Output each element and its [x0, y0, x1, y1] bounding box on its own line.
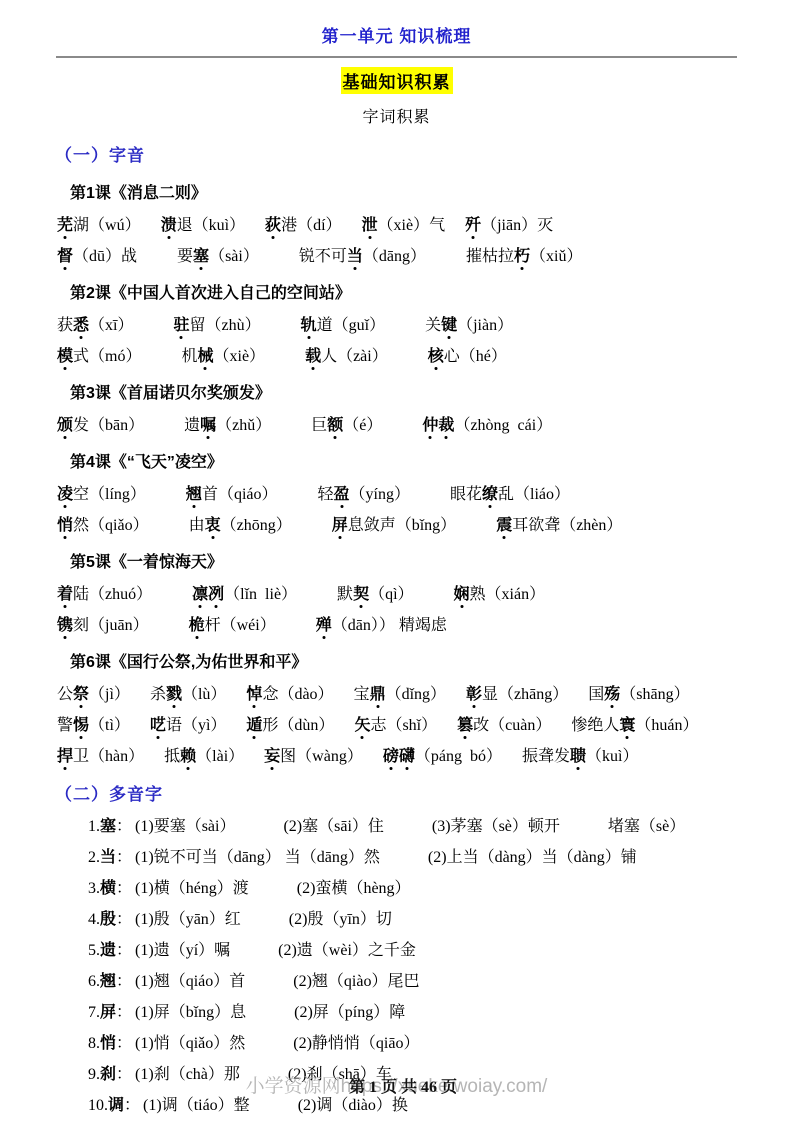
- vocab-term: 歼（jiān）灭: [465, 218, 553, 234]
- vocab-term: 振聋发聩（kuì）: [522, 749, 638, 765]
- emphasized-char: 歼: [465, 218, 481, 234]
- text-run: 志（shǐ）: [370, 717, 437, 734]
- text-run: 然（qiǎo）: [73, 517, 149, 534]
- vocab-term: 殚（dān）） 精竭虑: [316, 618, 447, 634]
- item-number: 4.: [88, 911, 100, 928]
- text-run: 获: [57, 317, 73, 334]
- item-number: 3.: [88, 880, 100, 897]
- text-run: 惨绝人: [571, 717, 619, 734]
- text-run: 机: [181, 348, 197, 365]
- lessons: 第1课《消息二则》芜湖（wú）溃退（kuì）荻港（dí）泄（xiè）气歼（jiā…: [0, 180, 793, 765]
- polyphone-label: 8.悄：: [88, 1036, 132, 1052]
- text-run: 湖（wú）: [73, 217, 141, 234]
- text-run: （sài）: [209, 248, 259, 265]
- text-run: 熟（xián）: [470, 586, 546, 603]
- text-run: 人（zài）: [321, 348, 388, 365]
- vocab-term: 溃退（kuì）: [161, 218, 245, 234]
- text-run: 眼花: [450, 486, 482, 503]
- text-run: 默: [337, 586, 353, 603]
- text-run: （xiè）: [214, 348, 266, 365]
- emphasized-char: 殚: [316, 618, 332, 634]
- text-run: 道（guǐ）: [317, 317, 385, 334]
- lesson-title: 第3课《首届诺贝尔奖颁发》: [70, 380, 793, 403]
- vocab-line: 公祭（jì）杀戮（lù）悼念（dào）宝鼎（dǐng）彰显（zhāng）国殇（s…: [57, 687, 793, 703]
- emphasized-char: 彰: [466, 687, 482, 703]
- text-run: （páng bó）: [415, 748, 502, 765]
- vocab-term: 驻留（zhù）: [173, 318, 260, 334]
- text-run: 要: [177, 248, 193, 265]
- vocab-line: 警惕（tì）呓语（yì）遁形（dùn）矢志（shǐ）篡改（cuàn）惨绝人寰（h…: [57, 718, 793, 734]
- emphasized-char: 惕: [73, 718, 89, 734]
- text-run: （shāng）: [620, 686, 689, 703]
- polyphone-label: 6.翘：: [88, 974, 132, 990]
- polyphone-character: 屏: [100, 1004, 116, 1021]
- emphasized-char: 颁: [57, 418, 73, 434]
- text-run: （é）: [343, 417, 382, 434]
- vocab-line: 镌刻（juān）桅杆（wéi）殚（dān）） 精竭虑: [57, 618, 793, 634]
- colon: ：: [116, 1035, 132, 1052]
- emphasized-char: 祭: [73, 687, 89, 703]
- vocab-term: 巨额（é）: [311, 418, 382, 434]
- vocab-term: 关键（jiàn）: [425, 318, 513, 334]
- emphasized-char: 篡: [457, 718, 473, 734]
- vocab-term: 眼花缭乱（liáo）: [450, 487, 570, 503]
- polyphone-part: (2)静悄悄（qiāo）: [293, 1036, 419, 1052]
- vocab-term: 镌刻（juān）: [57, 618, 149, 634]
- polyphone-part: (1)横（héng）渡: [135, 881, 249, 897]
- text-run: 念（dào）: [262, 686, 333, 703]
- text-run: 空（líng）: [73, 486, 146, 503]
- text-run: （zhōng）: [221, 517, 292, 534]
- polyphone-part: (2)屏（píng）障: [294, 1005, 405, 1021]
- polyphone-part: (2)塞（sāi）住: [283, 819, 383, 835]
- text-run: （dāng）: [363, 248, 426, 265]
- vocab-term: 轨道（guǐ）: [301, 318, 385, 334]
- text-run: （yíng）: [350, 486, 410, 503]
- text-run: 形（dùn）: [262, 717, 334, 734]
- text-run: 摧枯拉: [466, 248, 514, 265]
- vocab-term: 颁发（bān）: [57, 418, 144, 434]
- polyphone-part: (1)调（tiáo）整: [143, 1098, 250, 1114]
- page-number: 第 1 页 共 46 页: [349, 1074, 457, 1097]
- colon: ：: [116, 911, 132, 928]
- polyphone-part: (2)蛮横（hèng）: [297, 881, 411, 897]
- vocab-term: 悄然（qiǎo）: [57, 518, 149, 534]
- item-number: 1.: [88, 818, 100, 835]
- vocab-term: 娴熟（xián）: [454, 587, 546, 603]
- text-run: （huán）: [635, 717, 698, 734]
- emphasized-char: 芜: [57, 218, 73, 234]
- emphasized-char: 嘱: [200, 418, 216, 434]
- emphasized-char: 娴: [454, 587, 470, 603]
- emphasized-char: 磅: [383, 749, 399, 765]
- polyphone-character: 横: [100, 880, 116, 897]
- vocab-term: 摧枯拉朽（xiǔ）: [466, 249, 582, 265]
- item-number: 6.: [88, 973, 100, 990]
- text-run: （dǐng）: [386, 686, 446, 703]
- vocab-term: 机械（xiè）: [181, 349, 265, 365]
- text-run: 宝: [354, 686, 370, 703]
- polyphone-item: 5.遗：(1)遗（yí）嘱(2)遗（wèi）之千金: [88, 943, 793, 959]
- vocab-term: 默契（qì）: [337, 587, 413, 603]
- polyphone-part: (2)翘（qiào）尾巴: [293, 974, 419, 990]
- polyphone-label: 2.当：: [88, 850, 132, 866]
- vocab-term: 要塞（sài）: [177, 249, 259, 265]
- vocab-term: 由衷（zhōng）: [189, 518, 292, 534]
- emphasized-char: 缭: [482, 487, 498, 503]
- polyphone-item: 3.横：(1)横（héng）渡(2)蛮横（hèng）: [88, 881, 793, 897]
- text-run: 留（zhù）: [190, 317, 261, 334]
- vocab-term: 锐不可当（dāng）: [299, 249, 426, 265]
- text-run: 由: [189, 517, 205, 534]
- polyphone-item: 7.屏：(1)屏（bǐng）息(2)屏（píng）障: [88, 1005, 793, 1021]
- polyphone-label: 5.遗：: [88, 943, 132, 959]
- vocab-term: 妄图（wàng）: [264, 749, 363, 765]
- emphasized-char: 呓: [150, 718, 166, 734]
- emphasized-char: 驻: [173, 318, 189, 334]
- emphasized-char: 翘: [186, 487, 202, 503]
- vocab-term: 着陆（zhuó）: [57, 587, 152, 603]
- text-run: （xī）: [89, 317, 133, 334]
- polyphone-item: 4.殷：(1)殷（yān）红(2)殷（yīn）切: [88, 912, 793, 928]
- header-divider: [56, 56, 737, 58]
- vocab-term: 惨绝人寰（huán）: [571, 718, 698, 734]
- text-run: 关: [425, 317, 441, 334]
- vocab-term: 抵赖（lài）: [164, 749, 244, 765]
- vocab-term: 悼念（dào）: [246, 687, 333, 703]
- page-title: 第一单元 知识梳理: [0, 0, 793, 47]
- vocab-term: 屏息敛声（bǐng）: [332, 518, 456, 534]
- item-number: 7.: [88, 1004, 100, 1021]
- emphasized-char: 镌: [57, 618, 73, 634]
- emphasized-char: 悼: [246, 687, 262, 703]
- text-run: （lǐn liè）: [224, 586, 297, 603]
- emphasized-char: 赖: [180, 749, 196, 765]
- polyphone-part: (1)遗（yí）嘱: [135, 943, 230, 959]
- polyphone-part: (1)要塞（sài）: [135, 819, 235, 835]
- text-run: 港（dí）: [281, 217, 341, 234]
- item-number: 10.: [88, 1097, 108, 1114]
- emphasized-char: 戮: [166, 687, 182, 703]
- polyphone-character: 当: [100, 849, 116, 866]
- colon: ：: [124, 1097, 140, 1114]
- emphasized-char: 核: [428, 349, 444, 365]
- text-run: 公: [57, 686, 73, 703]
- vocab-term: 捍卫（hàn）: [57, 749, 144, 765]
- vocab-line: 颁发（bān）遗嘱（zhǔ）巨额（é）仲裁（zhòng cái）: [57, 418, 793, 434]
- polyphone-character: 殷: [100, 911, 116, 928]
- vocab-term: 彰显（zhāng）: [466, 687, 568, 703]
- vocab-term: 芜湖（wú）: [57, 218, 141, 234]
- text-run: 刻（juān）: [73, 617, 149, 634]
- emphasized-char: 溃: [161, 218, 177, 234]
- text-run: 显（zhāng）: [482, 686, 568, 703]
- text-run: 巨: [311, 417, 327, 434]
- vocab-term: 凌空（líng）: [57, 487, 146, 503]
- vocab-term: 模式（mó）: [57, 349, 141, 365]
- emphasized-char: 仲: [422, 418, 438, 434]
- polyphone-character: 遗: [100, 942, 116, 959]
- page-footer: 小学资源网https://xueke.woiay.com/ 第 1 页 共 46…: [0, 1070, 793, 1098]
- emphasized-char: 盈: [334, 487, 350, 503]
- polyphone-character: 塞: [100, 818, 116, 835]
- document-page: 第一单元 知识梳理 基础知识积累 字词积累 （一）字音 第1课《消息二则》芜湖（…: [0, 0, 793, 1122]
- text-run: 振聋发: [522, 748, 570, 765]
- vocab-line: 凌空（líng）翘首（qiáo）轻盈（yíng）眼花缭乱（liáo）: [57, 487, 793, 503]
- text-run: 首（qiáo）: [202, 486, 278, 503]
- polyphone-part: (1)翘（qiáo）首: [135, 974, 245, 990]
- lesson-title: 第4课《“飞天”凌空》: [70, 449, 793, 472]
- vocab-term: 载人（zài）: [305, 349, 388, 365]
- vocab-term: 轻盈（yíng）: [318, 487, 410, 503]
- emphasized-char: 礴: [399, 749, 415, 765]
- emphasized-char: 塞: [193, 249, 209, 265]
- vocab-term: 宝鼎（dǐng）: [354, 687, 446, 703]
- emphasized-char: 妄: [264, 749, 280, 765]
- vocab-term: 桅杆（wéi）: [189, 618, 276, 634]
- vocab-term: 杀戮（lù）: [150, 687, 226, 703]
- polyphone-item: 1.塞：(1)要塞（sài）(2)塞（sāi）住(3)茅塞（sè）顿开堵塞（sè…: [88, 819, 793, 835]
- text-run: 遗: [184, 417, 200, 434]
- polyphone-item: 10.调：(1)调（tiáo）整(2)调（diào）换: [88, 1098, 793, 1114]
- emphasized-char: 聩: [570, 749, 586, 765]
- polyphone-part: (2)上当（dàng）当（dàng）铺: [428, 850, 637, 866]
- colon: ：: [116, 1004, 132, 1021]
- polyphone-label: 3.横：: [88, 881, 132, 897]
- text-run: 乱（liáo）: [498, 486, 570, 503]
- lesson-title: 第6课《国行公祭,为佑世界和平》: [70, 649, 793, 672]
- vocab-term: 仲裁（zhòng cái）: [422, 418, 552, 434]
- vocab-term: 核心（hé）: [428, 349, 507, 365]
- text-run: （tì）: [89, 717, 130, 734]
- vocab-term: 遗嘱（zhǔ）: [184, 418, 271, 434]
- polyphone-item: 6.翘：(1)翘（qiáo）首(2)翘（qiào）尾巴: [88, 974, 793, 990]
- text-run: （lài）: [196, 748, 244, 765]
- text-run: （xiǔ）: [530, 248, 582, 265]
- emphasized-char: 凌: [57, 487, 73, 503]
- text-run: 发（bān）: [73, 417, 144, 434]
- emphasized-char: 凛: [192, 587, 208, 603]
- highlighted-section-title: 基础知识积累: [341, 67, 453, 94]
- emphasized-char: 督: [57, 249, 73, 265]
- polyphone-character: 翘: [100, 973, 116, 990]
- colon: ：: [116, 880, 132, 897]
- text-run: 息敛声（bǐng）: [348, 517, 456, 534]
- emphasized-char: 悄: [57, 518, 73, 534]
- emphasized-char: 载: [305, 349, 321, 365]
- text-run: 轻: [318, 486, 334, 503]
- subtitle: 字词积累: [0, 104, 793, 127]
- emphasized-char: 键: [441, 318, 457, 334]
- text-run: 卫（hàn）: [73, 748, 144, 765]
- polyphone-label: 7.屏：: [88, 1005, 132, 1021]
- lesson-title: 第2课《中国人首次进入自己的空间站》: [70, 280, 793, 303]
- emphasized-char: 悉: [73, 318, 89, 334]
- polyphone-part: (2)调（diào）换: [298, 1098, 408, 1114]
- text-run: 警: [57, 717, 73, 734]
- text-run: 心（hé）: [444, 348, 507, 365]
- polyphone-item: 2.当：(1)锐不可当（dāng） 当（dāng）然(2)上当（dàng）当（d…: [88, 850, 793, 866]
- highlight-title-row: 基础知识积累: [0, 67, 793, 94]
- emphasized-char: 鼎: [370, 687, 386, 703]
- item-number: 8.: [88, 1035, 100, 1052]
- polyphone-part: (2)殷（yīn）切: [289, 912, 392, 928]
- vocab-term: 督（dū）战: [57, 249, 137, 265]
- vocab-line: 模式（mó）机械（xiè）载人（zài）核心（hé）: [57, 349, 793, 365]
- vocab-term: 警惕（tì）: [57, 718, 130, 734]
- vocab-term: 荻港（dí）: [265, 218, 341, 234]
- text-run: （dū）战: [73, 248, 137, 265]
- text-run: （jiān）灭: [481, 217, 553, 234]
- emphasized-char: 械: [197, 349, 213, 365]
- vocab-term: 篡改（cuàn）: [457, 718, 551, 734]
- colon: ：: [116, 849, 132, 866]
- text-run: 锐不可: [299, 248, 347, 265]
- text-run: 杆（wéi）: [205, 617, 276, 634]
- vocab-term: 遁形（dùn）: [246, 718, 334, 734]
- vocab-line: 悄然（qiǎo）由衷（zhōng）屏息敛声（bǐng）震耳欲聋（zhèn）: [57, 518, 793, 534]
- text-run: 抵: [164, 748, 180, 765]
- polyphone-part: (1)屏（bǐng）息: [135, 1005, 246, 1021]
- emphasized-char: 轨: [301, 318, 317, 334]
- vocab-term: 矢志（shǐ）: [354, 718, 437, 734]
- lesson-title: 第1课《消息二则》: [70, 180, 793, 203]
- emphasized-char: 冽: [208, 587, 224, 603]
- polyphone-character: 悄: [100, 1035, 116, 1052]
- vocab-term: 翘首（qiáo）: [186, 487, 278, 503]
- polyphone-label: 1.塞：: [88, 819, 132, 835]
- vocab-term: 呓语（yì）: [150, 718, 226, 734]
- text-run: （qì）: [369, 586, 413, 603]
- emphasized-char: 矢: [354, 718, 370, 734]
- vocab-term: 获悉（xī）: [57, 318, 133, 334]
- emphasized-char: 震: [496, 518, 512, 534]
- item-number: 5.: [88, 942, 100, 959]
- text-run: （kuì）: [586, 748, 638, 765]
- text-run: 杀: [150, 686, 166, 703]
- vocab-line: 督（dū）战要塞（sài）锐不可当（dāng）摧枯拉朽（xiǔ）: [57, 249, 793, 265]
- vocab-line: 着陆（zhuó）凛冽（lǐn liè）默契（qì）娴熟（xián）: [57, 587, 793, 603]
- polyphone-part: (1)殷（yān）红: [135, 912, 241, 928]
- item-number: 2.: [88, 849, 100, 866]
- emphasized-char: 契: [353, 587, 369, 603]
- colon: ：: [116, 973, 132, 990]
- emphasized-char: 朽: [514, 249, 530, 265]
- emphasized-char: 额: [327, 418, 343, 434]
- emphasized-char: 模: [57, 349, 73, 365]
- text-run: 式（mó）: [73, 348, 141, 365]
- polyphone-part: 堵塞（sè）: [608, 819, 685, 835]
- vocab-line: 芜湖（wú）溃退（kuì）荻港（dí）泄（xiè）气歼（jiān）灭: [57, 218, 793, 234]
- emphasized-char: 当: [347, 249, 363, 265]
- polyphone-part: (1)锐不可当（dāng） 当（dāng）然: [135, 850, 380, 866]
- text-run: （jiàn）: [457, 317, 513, 334]
- polyphone-label: 10.调：: [88, 1098, 140, 1114]
- emphasized-char: 屏: [332, 518, 348, 534]
- emphasized-char: 寰: [619, 718, 635, 734]
- emphasized-char: 着: [57, 587, 73, 603]
- vocab-term: 震耳欲聋（zhèn）: [496, 518, 622, 534]
- emphasized-char: 捍: [57, 749, 73, 765]
- emphasized-char: 荻: [265, 218, 281, 234]
- vocab-line: 获悉（xī）驻留（zhù）轨道（guǐ）关键（jiàn）: [57, 318, 793, 334]
- text-run: 语（yì）: [166, 717, 226, 734]
- emphasized-char: 裁: [438, 418, 454, 434]
- section-title-phonics: （一）字音: [55, 141, 793, 166]
- vocab-line: 捍卫（hàn）抵赖（lài）妄图（wàng）磅礴（páng bó）振聋发聩（ku…: [57, 749, 793, 765]
- text-run: （lù）: [182, 686, 226, 703]
- emphasized-char: 衷: [205, 518, 221, 534]
- text-run: （dān）） 精竭虑: [332, 617, 447, 634]
- emphasized-char: 桅: [189, 618, 205, 634]
- lesson-title: 第5课《一着惊海天》: [70, 549, 793, 572]
- polyphone-part: (2)遗（wèi）之千金: [278, 943, 416, 959]
- colon: ：: [116, 942, 132, 959]
- text-run: 国: [588, 686, 604, 703]
- text-run: 改（cuàn）: [473, 717, 551, 734]
- colon: ：: [116, 818, 132, 835]
- vocab-term: 泄（xiè）气: [362, 218, 446, 234]
- vocab-term: 国殇（shāng）: [588, 687, 689, 703]
- text-run: 陆（zhuó）: [73, 586, 152, 603]
- text-run: （xiè）气: [378, 217, 446, 234]
- emphasized-char: 殇: [604, 687, 620, 703]
- vocab-term: 公祭（jì）: [57, 687, 130, 703]
- polyphone-label: 4.殷：: [88, 912, 132, 928]
- polyphone-character: 调: [108, 1097, 124, 1114]
- section-title-polyphones: （二）多音字: [55, 780, 793, 805]
- text-run: （jì）: [89, 686, 130, 703]
- polyphone-part: (3)茅塞（sè）顿开: [432, 819, 560, 835]
- text-run: （zhǔ）: [216, 417, 271, 434]
- emphasized-char: 遁: [246, 718, 262, 734]
- text-run: 退（kuì）: [177, 217, 245, 234]
- polyphone-part: (1)悄（qiǎo）然: [135, 1036, 245, 1052]
- vocab-term: 凛冽（lǐn liè）: [192, 587, 297, 603]
- text-run: （zhòng cái）: [454, 417, 552, 434]
- text-run: 耳欲聋（zhèn）: [512, 517, 622, 534]
- polyphone-item: 8.悄：(1)悄（qiǎo）然(2)静悄悄（qiāo）: [88, 1036, 793, 1052]
- emphasized-char: 泄: [362, 218, 378, 234]
- text-run: 图（wàng）: [280, 748, 363, 765]
- vocab-term: 磅礴（páng bó）: [383, 749, 502, 765]
